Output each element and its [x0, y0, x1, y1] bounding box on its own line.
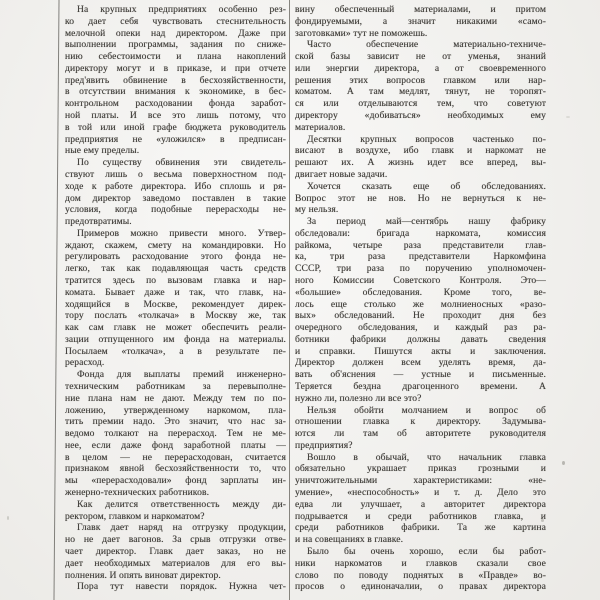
text-line: обязательно украшает приказ грозными и: [295, 463, 546, 475]
text-line: Часто обеспечение материально-техниче-: [295, 39, 546, 51]
text-line: предприятия не «уложился» в предписан-: [65, 134, 286, 146]
paragraph: вину обеспеченный материалами, и притомф…: [295, 4, 546, 39]
paragraph: На крупных предприятиях особенно рез-ко …: [65, 4, 286, 157]
text-line: ного Комиссии Советского Контроля. Это—: [295, 275, 546, 287]
text-line: Главк дает наряд на отгрузку продукции,: [65, 522, 286, 534]
text-line: предотвратимы.: [65, 216, 286, 228]
text-line: женерно-технических работников.: [65, 487, 286, 499]
paragraph: По существу обвинения эти свидетель-ству…: [65, 157, 286, 228]
text-line: ной платы. И все это лишь потому, что: [65, 110, 286, 122]
text-line: Посылаем «толкача», а в результате пе-: [65, 346, 286, 358]
text-line: и на совещаниях в главке.: [295, 534, 546, 546]
paragraph: Вошло в обычай, что начальник главкаобяз…: [295, 452, 546, 546]
text-line: мелочной опеки над директором. Даже при: [65, 28, 286, 40]
text-line: ся или отделываются тем, что советуют: [295, 98, 546, 110]
text-line: ка, три раза представители Наркомфина: [295, 251, 546, 263]
column-right: вину обеспеченный материалами, и притомф…: [295, 4, 546, 593]
text-line: Было бы очень хорошо, если бы работ-: [295, 546, 546, 558]
text-line: Нельзя обойти молчанием и вопрос об: [295, 405, 546, 417]
text-line: ложению, утвержденному наркомом, пла-: [65, 405, 286, 417]
text-line: тратится здесь по вызовам главка и нар-: [65, 275, 286, 287]
text-line: решают их. А жизнь идет все вперед, вы-: [295, 157, 546, 169]
text-line: полнения. И опять виноват директор.: [65, 570, 286, 582]
text-line: дом директор заведомо поставлен в такие: [65, 193, 286, 205]
text-line: в отсутствии внимания к экономике, в бес…: [65, 86, 286, 98]
text-line: тору послать «толкача» в Москву же, так: [65, 310, 286, 322]
text-line: предприятия?: [295, 440, 546, 452]
text-line: тить премии надо. Это значит, что нас за…: [65, 416, 286, 428]
text-line: нужно ли, полезно ли все это?: [295, 393, 546, 405]
text-line: Примеров можно привести много. Утвер-: [65, 228, 286, 240]
paragraph: Часто обеспечение материально-техниче-ск…: [295, 39, 546, 133]
text-line: вых» обследований. Не проходит дня без: [295, 310, 546, 322]
text-line: ники наркоматов и главков сказали свое: [295, 558, 546, 570]
paragraph: Как делится ответственность между ди-рек…: [65, 499, 286, 523]
text-line: му нельзя.: [295, 204, 546, 216]
text-line: среди работников фабрики. Та же картина: [295, 522, 546, 534]
paragraph: Нельзя обойти молчанием и вопрос оботнош…: [295, 405, 546, 452]
text-line: висают в воздухе, ибо главк и наркомат н…: [295, 145, 546, 157]
text-line: СССР, три раза по поручению уполномочен-: [295, 263, 546, 275]
scan-speck: [7, 516, 9, 520]
text-line: «большие» обследования. Кроме того, ве-: [295, 287, 546, 299]
scan-speck: [541, 519, 544, 522]
text-line: ные ему пределы.: [65, 145, 286, 157]
text-line: обследовали: бригада наркомата, комиссия: [295, 228, 546, 240]
text-line: Десятки крупных вопросов частенько по-: [295, 134, 546, 146]
paragraph: За период май—сентябрь нашу фабрикуобсле…: [295, 216, 546, 405]
text-line: Теряется бездна драгоценного времени. А: [295, 381, 546, 393]
text-line: материалов.: [295, 122, 546, 134]
text-line: подрывается и среди работников главка, и: [295, 511, 546, 523]
text-line: Хочется сказать еще об обследованиях.: [295, 181, 546, 193]
text-line: ждают, скажем, смету на командировки. Но: [65, 240, 286, 252]
center-column-rule: [289, 0, 290, 600]
text-line: ются ли там об авторитете руководителя: [295, 428, 546, 440]
text-line: выполнении программы, задания по сниже-: [65, 39, 286, 51]
paragraph: Главк дает наряд на отгрузку продукции,н…: [65, 522, 286, 581]
text-line: коматом. А там медлят, тянут, не торопят…: [295, 86, 546, 98]
text-line: ходящийся в Москве, рекомендует дирек-: [65, 299, 286, 311]
text-line: просов о единоначалии, о правах директор…: [295, 581, 546, 593]
text-line: контрольном расходовании фонда заработ-: [65, 98, 286, 110]
text-line: регулировать расходование этого фонда не…: [65, 251, 286, 263]
text-line: пред'явить обвинение в бесхозяйственност…: [65, 75, 286, 87]
text-line: Директор должен всем уделять время, да-: [295, 357, 546, 369]
text-line: комата. Бывает даже и так, что главк, на…: [65, 287, 286, 299]
text-line: техническим работникам за перевыполне-: [65, 381, 286, 393]
text-line: Вошло в обычай, что начальник главка: [295, 452, 546, 464]
text-line: уничтожительными характеристиками: «не-: [295, 475, 546, 487]
text-line: Вопрос этот не нов. Но не вернуться к не…: [295, 193, 546, 205]
text-line: ботники фабрики должны давать сведения: [295, 334, 546, 346]
text-line: Пора тут навести порядок. Нужна чет-: [65, 581, 286, 593]
text-line: решения этих вопросов главком или нар-: [295, 75, 546, 87]
paragraph: Было бы очень хорошо, если бы работ-ники…: [295, 546, 546, 593]
text-line: ко дает себя чувствовать стеснительность: [65, 16, 286, 28]
text-line: легко, так как подавляющая часть средств: [65, 263, 286, 275]
text-line: очередного обследования, и каждый раз ра…: [295, 322, 546, 334]
text-line: ние плана нам не дают. Между тем по по-: [65, 393, 286, 405]
text-line: вину обеспеченный материалами, и притом: [295, 4, 546, 16]
text-line: признаком явной бесхозяйственности то, ч…: [65, 463, 286, 475]
text-line: фондируемыми, а значит никакими «само-: [295, 16, 546, 28]
text-line: в той или иной графе бюджета руководител…: [65, 122, 286, 134]
text-line: ствуют лишь о весьма поверхностном под-: [65, 169, 286, 181]
text-line: нию себестоимости и плана накоплений: [65, 51, 286, 63]
text-line: По существу обвинения эти свидетель-: [65, 157, 286, 169]
text-line: ректором, главком и наркоматом?: [65, 511, 286, 523]
text-line: За период май—сентябрь нашу фабрику: [295, 216, 546, 228]
text-line: двигает новые задачи.: [295, 169, 546, 181]
paragraph: Хочется сказать еще об обследованиях.Воп…: [295, 181, 546, 216]
text-line: или энергии директора, а от своевременно…: [295, 63, 546, 75]
text-line: ской базы зависит не от уменья, знаний: [295, 51, 546, 63]
text-line: рерасход.: [65, 357, 286, 369]
text-line: и справки. Пишутся акты и заключения.: [295, 346, 546, 358]
text-line: мы «перерасходовали» фонд зарплаты ин-: [65, 475, 286, 487]
text-line: Фонда для выплаты премий инженерно-: [65, 369, 286, 381]
text-line: условия, когда подобные перерасходы не-: [65, 204, 286, 216]
text-line: умение», «неспособность» и т. д. Дело эт…: [295, 487, 546, 499]
paragraph: Пора тут навести порядок. Нужна чет-: [65, 581, 286, 593]
text-line: дает необходимых материалов для его вы-: [65, 558, 286, 570]
text-line: отношении главка к директору. Задумыва-: [295, 416, 546, 428]
text-line: ходе к работе директора. Ибо сплошь и ря…: [65, 181, 286, 193]
text-line: заготовками» тут не поможешь.: [295, 28, 546, 40]
text-line: райкома, четыре раза представители глав-: [295, 240, 546, 252]
text-line: директору «добиваться» необходимых ему: [295, 110, 546, 122]
text-line: нее, если даже фонд заработной платы —: [65, 440, 286, 452]
text-line: ведомо толкают на перерасход. Тем не ме-: [65, 428, 286, 440]
text-line: но не дает вагонов. За срыв отгрузки отв…: [65, 534, 286, 546]
scan-speck: [566, 116, 570, 118]
scan-speck: [562, 461, 565, 465]
text-line: лось еще столько же молниеносных «разо-: [295, 299, 546, 311]
text-line: вать об'яснения — устные и письменные.: [295, 369, 546, 381]
text-line: чает директор. Главк дает заказ, но не: [65, 546, 286, 558]
text-line: зации отпущенного им фонда на материалы.: [65, 334, 286, 346]
newspaper-page: На крупных предприятиях особенно рез-ко …: [0, 0, 600, 600]
paragraph: Десятки крупных вопросов частенько по-ви…: [295, 134, 546, 181]
paragraph: Фонда для выплаты премий инженерно-техни…: [65, 369, 286, 499]
text-line: едва ли улучшает, а авторитет директора: [295, 499, 546, 511]
text-line: директору могут и в приказе, и при отчет…: [65, 63, 286, 75]
paragraph: Примеров можно привести много. Утвер-жда…: [65, 228, 286, 369]
text-line: в целом — не перерасходован, считается: [65, 452, 286, 464]
text-line: слово по поводу поднятых в «Правде» во-: [295, 570, 546, 582]
column-left: На крупных предприятиях особенно рез-ко …: [65, 4, 286, 593]
left-column-rule: [53, 0, 60, 600]
text-line: как сам главк не может обеспечить реали-: [65, 322, 286, 334]
text-line: На крупных предприятиях особенно рез-: [65, 4, 286, 16]
text-line: Как делится ответственность между ди-: [65, 499, 286, 511]
